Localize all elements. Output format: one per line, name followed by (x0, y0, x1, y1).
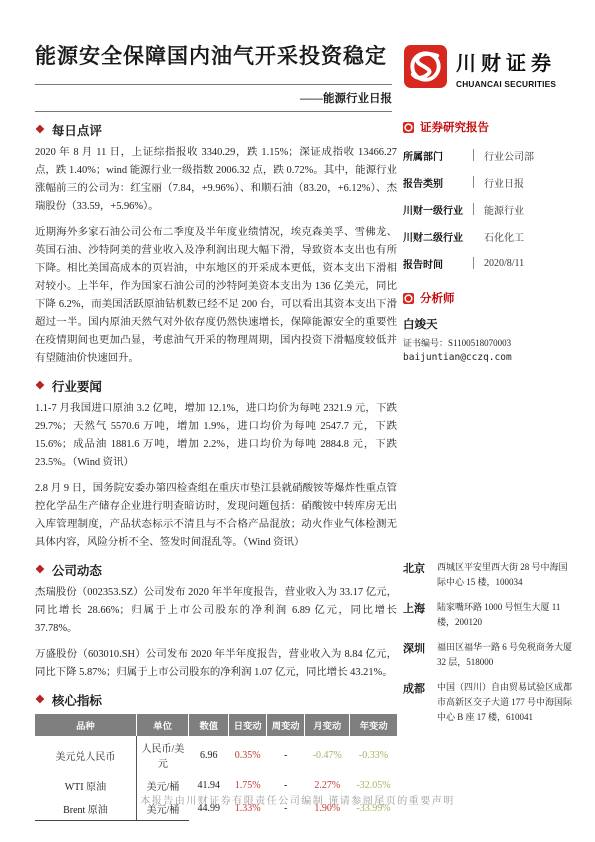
office-shanghai: 上海 陆家嘴环路 1000 号恒生大厦 11 楼，200120 (403, 600, 579, 630)
section-heading-label: 每日点评 (52, 121, 102, 139)
report-subtitle: ——能源行业日报 (35, 90, 392, 106)
company-news-item: 万盛股份（603010.SH）公司发布 2020 年半年度报告，营业收入为 8.… (35, 646, 397, 682)
office-city: 北京 (403, 560, 437, 590)
brand-logo: 川财证券 CHUANCAI SECURITIES (404, 45, 556, 89)
field-divider (473, 149, 474, 161)
field-label: 所属部门 (403, 148, 473, 163)
sidebar-field-report-type: 报告类别 行业日报 (403, 175, 579, 189)
table-header-cell: 年变动 (350, 714, 397, 736)
office-address: 福田区福华一路 6 号免税商务大厦 32 层，518000 (437, 640, 575, 670)
daily-paragraph: 2020 年 8 月 11 日，上证综指报收 3340.29，跌 1.15%；深… (35, 144, 397, 216)
table-header-cell: 单位 (136, 714, 188, 736)
office-address: 中国（四川）自由贸易试验区成都市高新区交子大道 177 号中海国际中心 B 座 … (437, 680, 575, 725)
table-header-cell: 周变动 (267, 714, 305, 736)
field-label: 川财一级行业 (403, 202, 473, 217)
office-shenzhen: 深圳 福田区福华一路 6 号免税商务大厦 32 层，518000 (403, 640, 579, 670)
section-heading-indicators: ❖ 核心指标 (35, 691, 397, 709)
brand-mini-logo-icon (403, 122, 414, 133)
section-heading-label: 行业要闻 (52, 377, 102, 395)
sidebar-heading-analyst: 分析师 (403, 290, 579, 306)
diamond-icon: ❖ (35, 125, 45, 136)
brand-name-cn: 川财证券 (456, 47, 556, 76)
table-cell: 6.96 (189, 736, 229, 774)
field-label: 报告时间 (403, 256, 473, 271)
brand-name-en: CHUANCAI SECURITIES (456, 79, 556, 89)
sidebar: 证券研究报告 所属部门 行业公司部 报告类别 行业日报 川财一级行业 能源行业 … (403, 119, 579, 363)
field-value: 能源行业 (484, 202, 524, 217)
analyst-cert-number: 证书编号：S1100518070003 (403, 336, 579, 349)
diamond-icon: ❖ (35, 381, 45, 392)
office-city: 上海 (403, 600, 437, 630)
report-page: 能源安全保障国内油气开采投资稳定 ——能源行业日报 川财证券 CHUANCAI … (0, 0, 595, 842)
table-header-cell: 品种 (35, 714, 136, 736)
field-value: 2020/8/11 (484, 258, 524, 269)
office-chengdu: 成都 中国（四川）自由贸易试验区成都市高新区交子大道 177 号中海国际中心 B… (403, 680, 579, 725)
industry-news-item: 2.8 月 9 日，国务院安委办第四检查组在重庆市垫江县就硝酸铵等爆炸性重点管控… (35, 480, 397, 552)
table-cell: -0.47% (305, 736, 350, 774)
office-address: 西城区平安里西大街 28 号中海国际中心 15 楼，100034 (437, 560, 575, 590)
field-label: 报告类别 (403, 175, 473, 190)
brand-logo-icon (404, 45, 447, 88)
section-heading-daily: ❖ 每日点评 (35, 121, 397, 139)
analyst-name: 白竣天 (403, 316, 579, 332)
main-column: ❖ 每日点评 2020 年 8 月 11 日，上证综指报收 3340.29，跌 … (35, 120, 397, 821)
subtitle-divider (35, 111, 392, 112)
sidebar-heading-label: 分析师 (420, 290, 455, 306)
table-header-row: 品种 单位 数值 日变动 周变动 月变动 年变动 (35, 714, 397, 736)
table-cell: - (267, 736, 305, 774)
field-divider (473, 257, 474, 269)
analyst-email: baijuntian@cczq.com (403, 352, 579, 363)
brand-name: 川财证券 CHUANCAI SECURITIES (456, 45, 556, 89)
field-label: 川财二级行业 (403, 229, 473, 244)
industry-news-item: 1.1-7 月我国进口原油 3.2 亿吨，增加 12.1%，进口均价为每吨 23… (35, 400, 397, 472)
sidebar-field-report-date: 报告时间 2020/8/11 (403, 256, 579, 270)
sidebar-heading-report: 证券研究报告 (403, 119, 579, 135)
offices-block: 北京 西城区平安里西大街 28 号中海国际中心 15 楼，100034 上海 陆… (403, 560, 579, 735)
diamond-icon: ❖ (35, 695, 45, 706)
table-cell: -0.33% (350, 736, 397, 774)
table-row: 美元兑人民币人民币/美元6.960.35%--0.47%-0.33% (35, 736, 397, 774)
sidebar-field-department: 所属部门 行业公司部 (403, 148, 579, 162)
field-value: 行业日报 (484, 175, 524, 190)
table-cell: 人民币/美元 (136, 736, 188, 774)
footer-disclaimer: 本报告由川财证券有限责任公司编制 谨请参阅尾页的重要声明 (0, 792, 595, 807)
daily-paragraph: 近期海外多家石油公司公布二季度及半年度业绩情况，埃克森美孚、雪佛龙、英国石油、沙… (35, 224, 397, 368)
field-value: 石化化工 (484, 229, 524, 244)
section-heading-label: 核心指标 (52, 691, 102, 709)
office-address: 陆家嘴环路 1000 号恒生大厦 11 楼，200120 (437, 600, 575, 630)
company-news-item: 杰瑞股份（002353.SZ）公司发布 2020 年半年度报告，营业收入为 33… (35, 584, 397, 638)
office-beijing: 北京 西城区平安里西大街 28 号中海国际中心 15 楼，100034 (403, 560, 579, 590)
sidebar-field-industry-l1: 川财一级行业 能源行业 (403, 202, 579, 216)
table-header-cell: 日变动 (229, 714, 267, 736)
office-city: 深圳 (403, 640, 437, 670)
office-city: 成都 (403, 680, 437, 725)
section-heading-company-news: ❖ 公司动态 (35, 561, 397, 579)
title-divider (35, 84, 392, 85)
analyst-block: 分析师 白竣天 证书编号：S1100518070003 baijuntian@c… (403, 290, 579, 363)
section-heading-industry-news: ❖ 行业要闻 (35, 377, 397, 395)
field-divider (473, 203, 474, 215)
page-title: 能源安全保障国内油气开采投资稳定 (35, 40, 395, 70)
table-header-cell: 数值 (189, 714, 229, 736)
field-divider (473, 176, 474, 188)
sidebar-field-industry-l2: 川财二级行业 石化化工 (403, 229, 579, 243)
table-cell: 美元兑人民币 (35, 736, 136, 774)
section-heading-label: 公司动态 (52, 561, 102, 579)
field-value: 行业公司部 (484, 148, 534, 163)
indicators-table-body: 美元兑人民币人民币/美元6.960.35%--0.47%-0.33%WTI 原油… (35, 736, 397, 821)
diamond-icon: ❖ (35, 565, 45, 576)
table-header-cell: 月变动 (305, 714, 350, 736)
brand-mini-logo-icon (403, 293, 414, 304)
sidebar-heading-label: 证券研究报告 (420, 119, 489, 135)
table-cell: 0.35% (229, 736, 267, 774)
